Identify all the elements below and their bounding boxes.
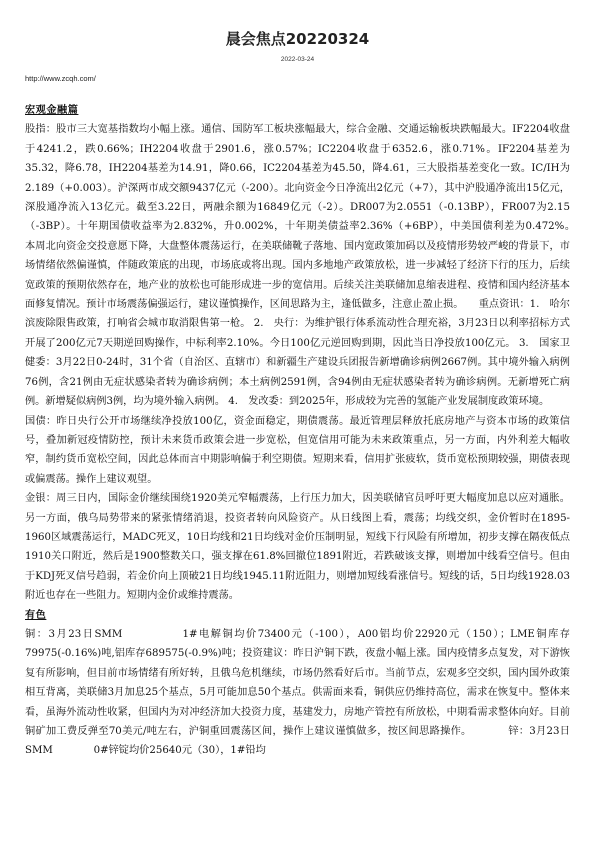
paragraph-gold-silver: 金银：周三日内，国际金价继续围绕1920美元窄幅震荡，上行压力加大，因美联储官员… [25, 489, 570, 605]
document-title: 晨会焦点20220324 [0, 28, 595, 49]
publish-date: 2022-03-24 [0, 56, 595, 63]
paragraph-treasury-bonds: 国债：昨日央行公开市场继续净投放100亿，资金面稳定，期债震荡。最近管理层释放托… [25, 412, 570, 490]
paragraph-copper-zinc: 铜：3月23日SMM 1#电解铜均价73400元（-100），A00铝均价229… [25, 625, 570, 761]
section-heading-nonferrous: 有色 [25, 606, 570, 625]
paragraph-stock-index: 股指：股市三大宽基指数均小幅上涨。通信、国防军工板块涨幅最大，综合金融、交通运输… [25, 120, 570, 411]
document-body: 宏观金融篇 股指：股市三大宽基指数均小幅上涨。通信、国防军工板块涨幅最大，综合金… [25, 101, 570, 761]
source-url-link[interactable]: http://www.zcqh.com/ [25, 74, 96, 83]
section-heading-macro-finance: 宏观金融篇 [25, 101, 570, 120]
